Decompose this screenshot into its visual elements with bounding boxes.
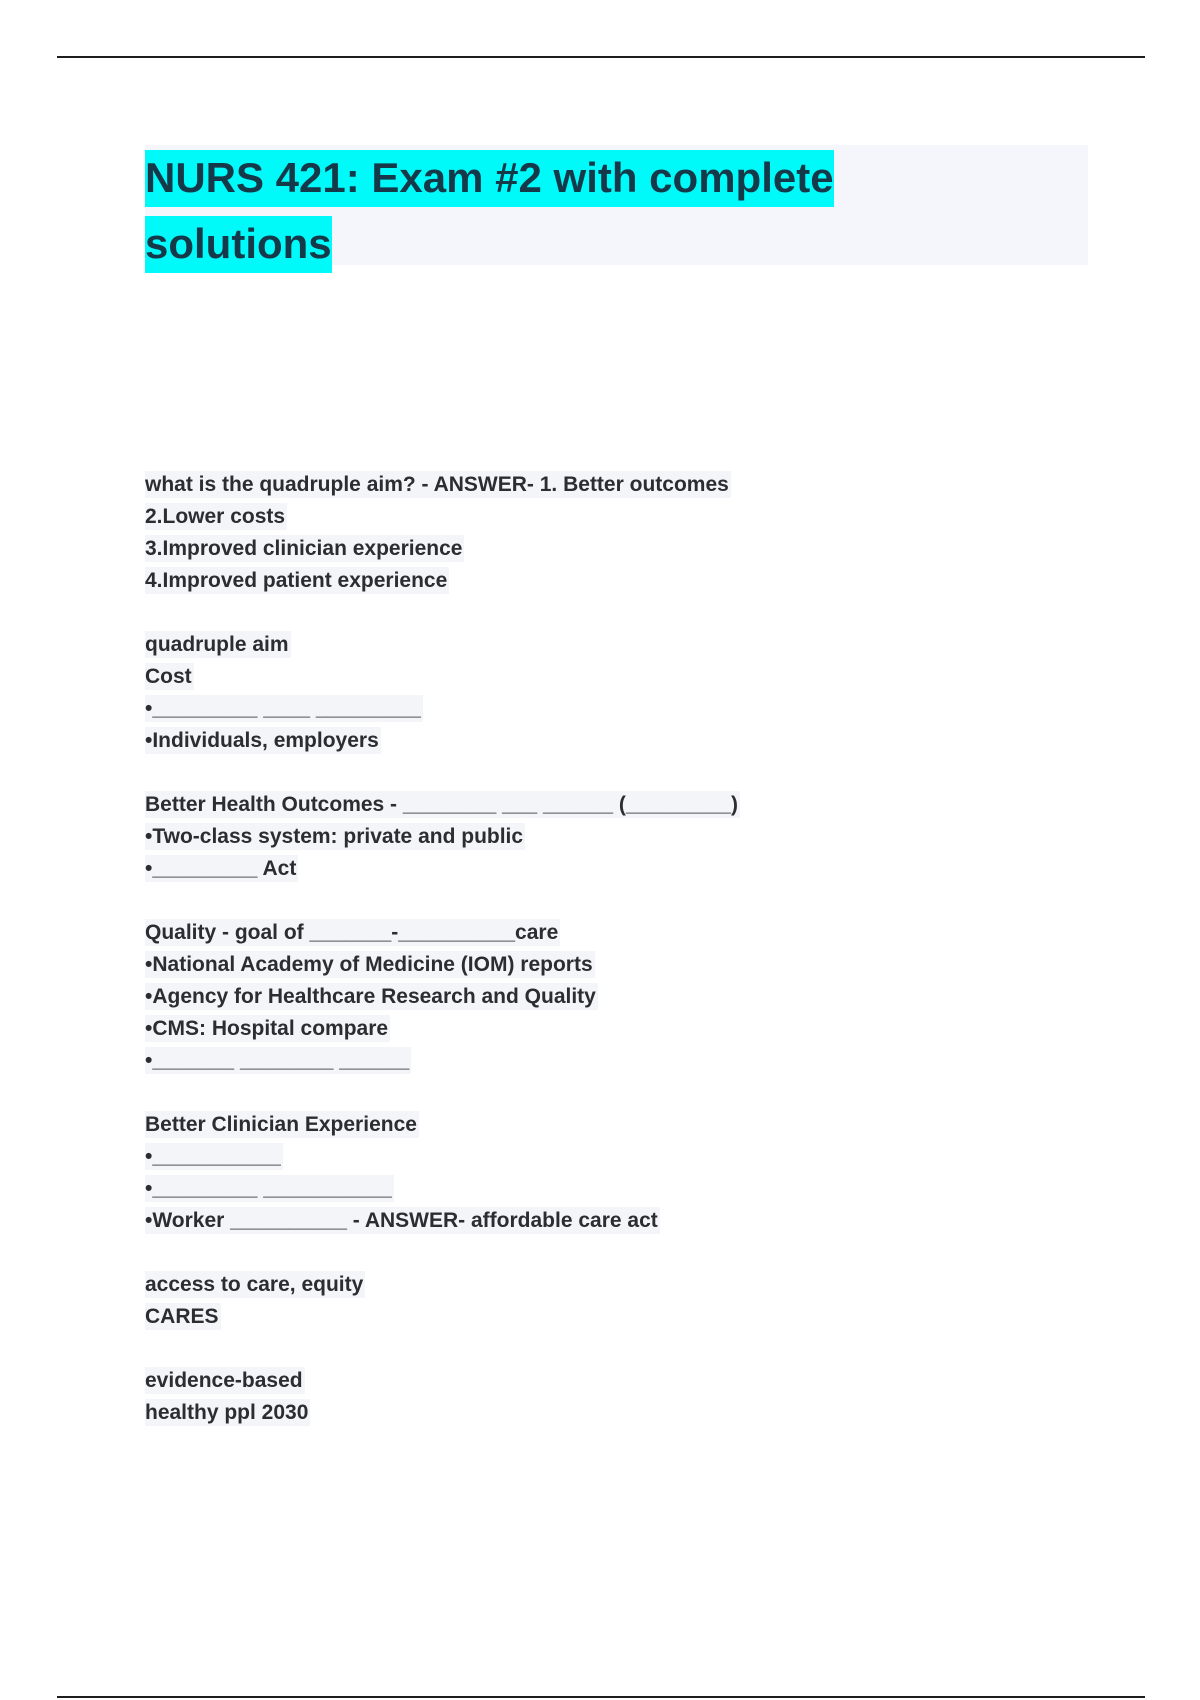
text-line: •National Academy of Medicine (IOM) repo… [145, 949, 1085, 981]
text-line: 4.Improved patient experience [145, 565, 1085, 597]
qa-block-quality: Quality - goal of _______-__________care… [145, 917, 1085, 1077]
text-line: quadruple aim [145, 629, 1085, 661]
qa-block-health-outcomes: Better Health Outcomes - ________ ___ __… [145, 789, 1085, 885]
text-line: •_________ Act [145, 853, 1085, 885]
title-line-1: NURS 421: Exam #2 with complete [145, 150, 834, 207]
text-line: Quality - goal of _______-__________care [145, 917, 1085, 949]
text-line: •CMS: Hospital compare [145, 1013, 1085, 1045]
text-line: •Two-class system: private and public [145, 821, 1085, 853]
text-line: 3.Improved clinician experience [145, 533, 1085, 565]
qa-block-access: access to care, equity CARES [145, 1269, 1085, 1333]
text-line: •Agency for Healthcare Research and Qual… [145, 981, 1085, 1013]
text-line: •_________ ___________ [145, 1173, 1085, 1205]
text-line: CARES [145, 1301, 1085, 1333]
text-line: Better Clinician Experience [145, 1109, 1085, 1141]
qa-block-cost: quadruple aim Cost •_________ ____ _____… [145, 629, 1085, 757]
text-line: healthy ppl 2030 [145, 1397, 1085, 1429]
qa-block-quadruple-aim: what is the quadruple aim? - ANSWER- 1. … [145, 469, 1085, 597]
text-line: Better Health Outcomes - ________ ___ __… [145, 789, 1085, 821]
text-line: evidence-based [145, 1365, 1085, 1397]
text-line: 2.Lower costs [145, 501, 1085, 533]
text-line: •___________ [145, 1141, 1085, 1173]
qa-block-evidence: evidence-based healthy ppl 2030 [145, 1365, 1085, 1429]
text-line: •Worker __________ - ANSWER- affordable … [145, 1205, 1085, 1237]
text-line: what is the quadruple aim? - ANSWER- 1. … [145, 469, 1085, 501]
text-line: •Individuals, employers [145, 725, 1085, 757]
qa-block-clinician-experience: Better Clinician Experience •___________… [145, 1109, 1085, 1237]
document-body: what is the quadruple aim? - ANSWER- 1. … [145, 469, 1085, 1461]
title-line-2: solutions [145, 216, 332, 273]
text-line: •_________ ____ _________ [145, 693, 1085, 725]
header-rule [57, 56, 1145, 58]
document-title: NURS 421: Exam #2 with complete solution… [145, 145, 1088, 277]
footer-rule [57, 1696, 1145, 1698]
text-line: access to care, equity [145, 1269, 1085, 1301]
text-line: •_______ ________ ______ [145, 1045, 1085, 1077]
text-line: Cost [145, 661, 1085, 693]
